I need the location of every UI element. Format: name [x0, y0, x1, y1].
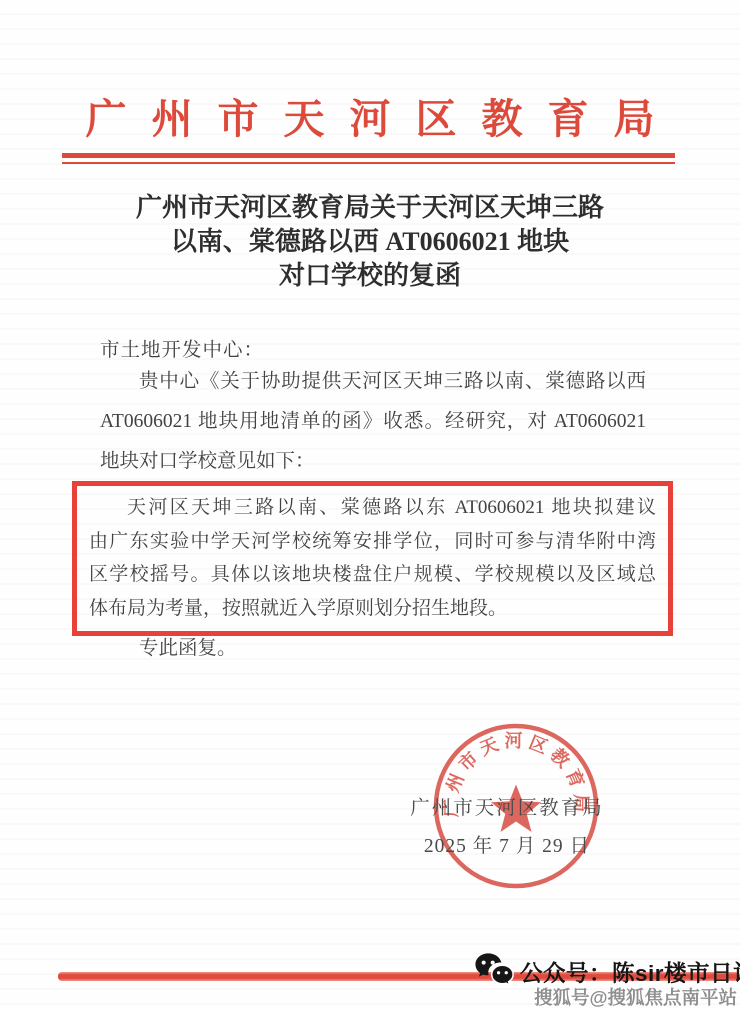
- document-title-line1: 广州市天河区教育局关于天河区天坤三路: [40, 191, 700, 225]
- body-paragraph-line1: 贵中心《关于协助提供天河区天坤三路以南、棠德路以西: [100, 362, 646, 402]
- document-title-line2: 以南、棠德路以西 AT0606021 地块: [40, 225, 700, 259]
- signature-org-name: 广州市天河区教育局: [357, 792, 657, 820]
- wechat-icon: [472, 950, 516, 994]
- letterhead-divider: [62, 153, 675, 164]
- highlight-line2: 由广东实验中学天河学校统筹安排学位，同时可参与清华附中湾: [89, 525, 656, 559]
- highlight-annotation-box: 天河区天坤三路以南、棠德路以东 AT0606021 地块拟建议 由广东实验中学天…: [72, 481, 673, 636]
- body-paragraph: 贵中心《关于协助提供天河区天坤三路以南、棠德路以西 AT0606021 地块用地…: [100, 362, 646, 482]
- letterhead-org-name: 广州市天河区教育局: [0, 86, 740, 145]
- highlight-line1: 天河区天坤三路以南、棠德路以东 AT0606021 地块拟建议: [89, 491, 656, 525]
- body-paragraph-line3: 地块对口学校意见如下：: [100, 442, 646, 482]
- highlight-line3: 区学校摇号。具体以该地块楼盘住户规模、学校规模以及区域总: [89, 558, 656, 592]
- sohu-watermark: 搜狐号@搜狐焦点南平站: [534, 984, 737, 1009]
- scanned-letter-page: 广州市天河区教育局 广州市天河区教育局关于天河区天坤三路 以南、棠德路以西 AT…: [0, 0, 740, 1009]
- closing-phrase: 专此函复。: [100, 632, 237, 660]
- highlight-line4: 体布局为考量，按照就近入学原则划分招生地段。: [89, 592, 656, 626]
- signature-date: 2025 年 7 月 29 日: [357, 830, 657, 858]
- document-title-line3: 对口学校的复函: [40, 259, 700, 293]
- salutation: 市土地开发中心：: [100, 334, 264, 362]
- body-paragraph-line2: AT0606021 地块用地清单的函》收悉。经研究，对 AT0606021: [100, 402, 646, 442]
- document-title: 广州市天河区教育局关于天河区天坤三路 以南、棠德路以西 AT0606021 地块…: [40, 191, 700, 293]
